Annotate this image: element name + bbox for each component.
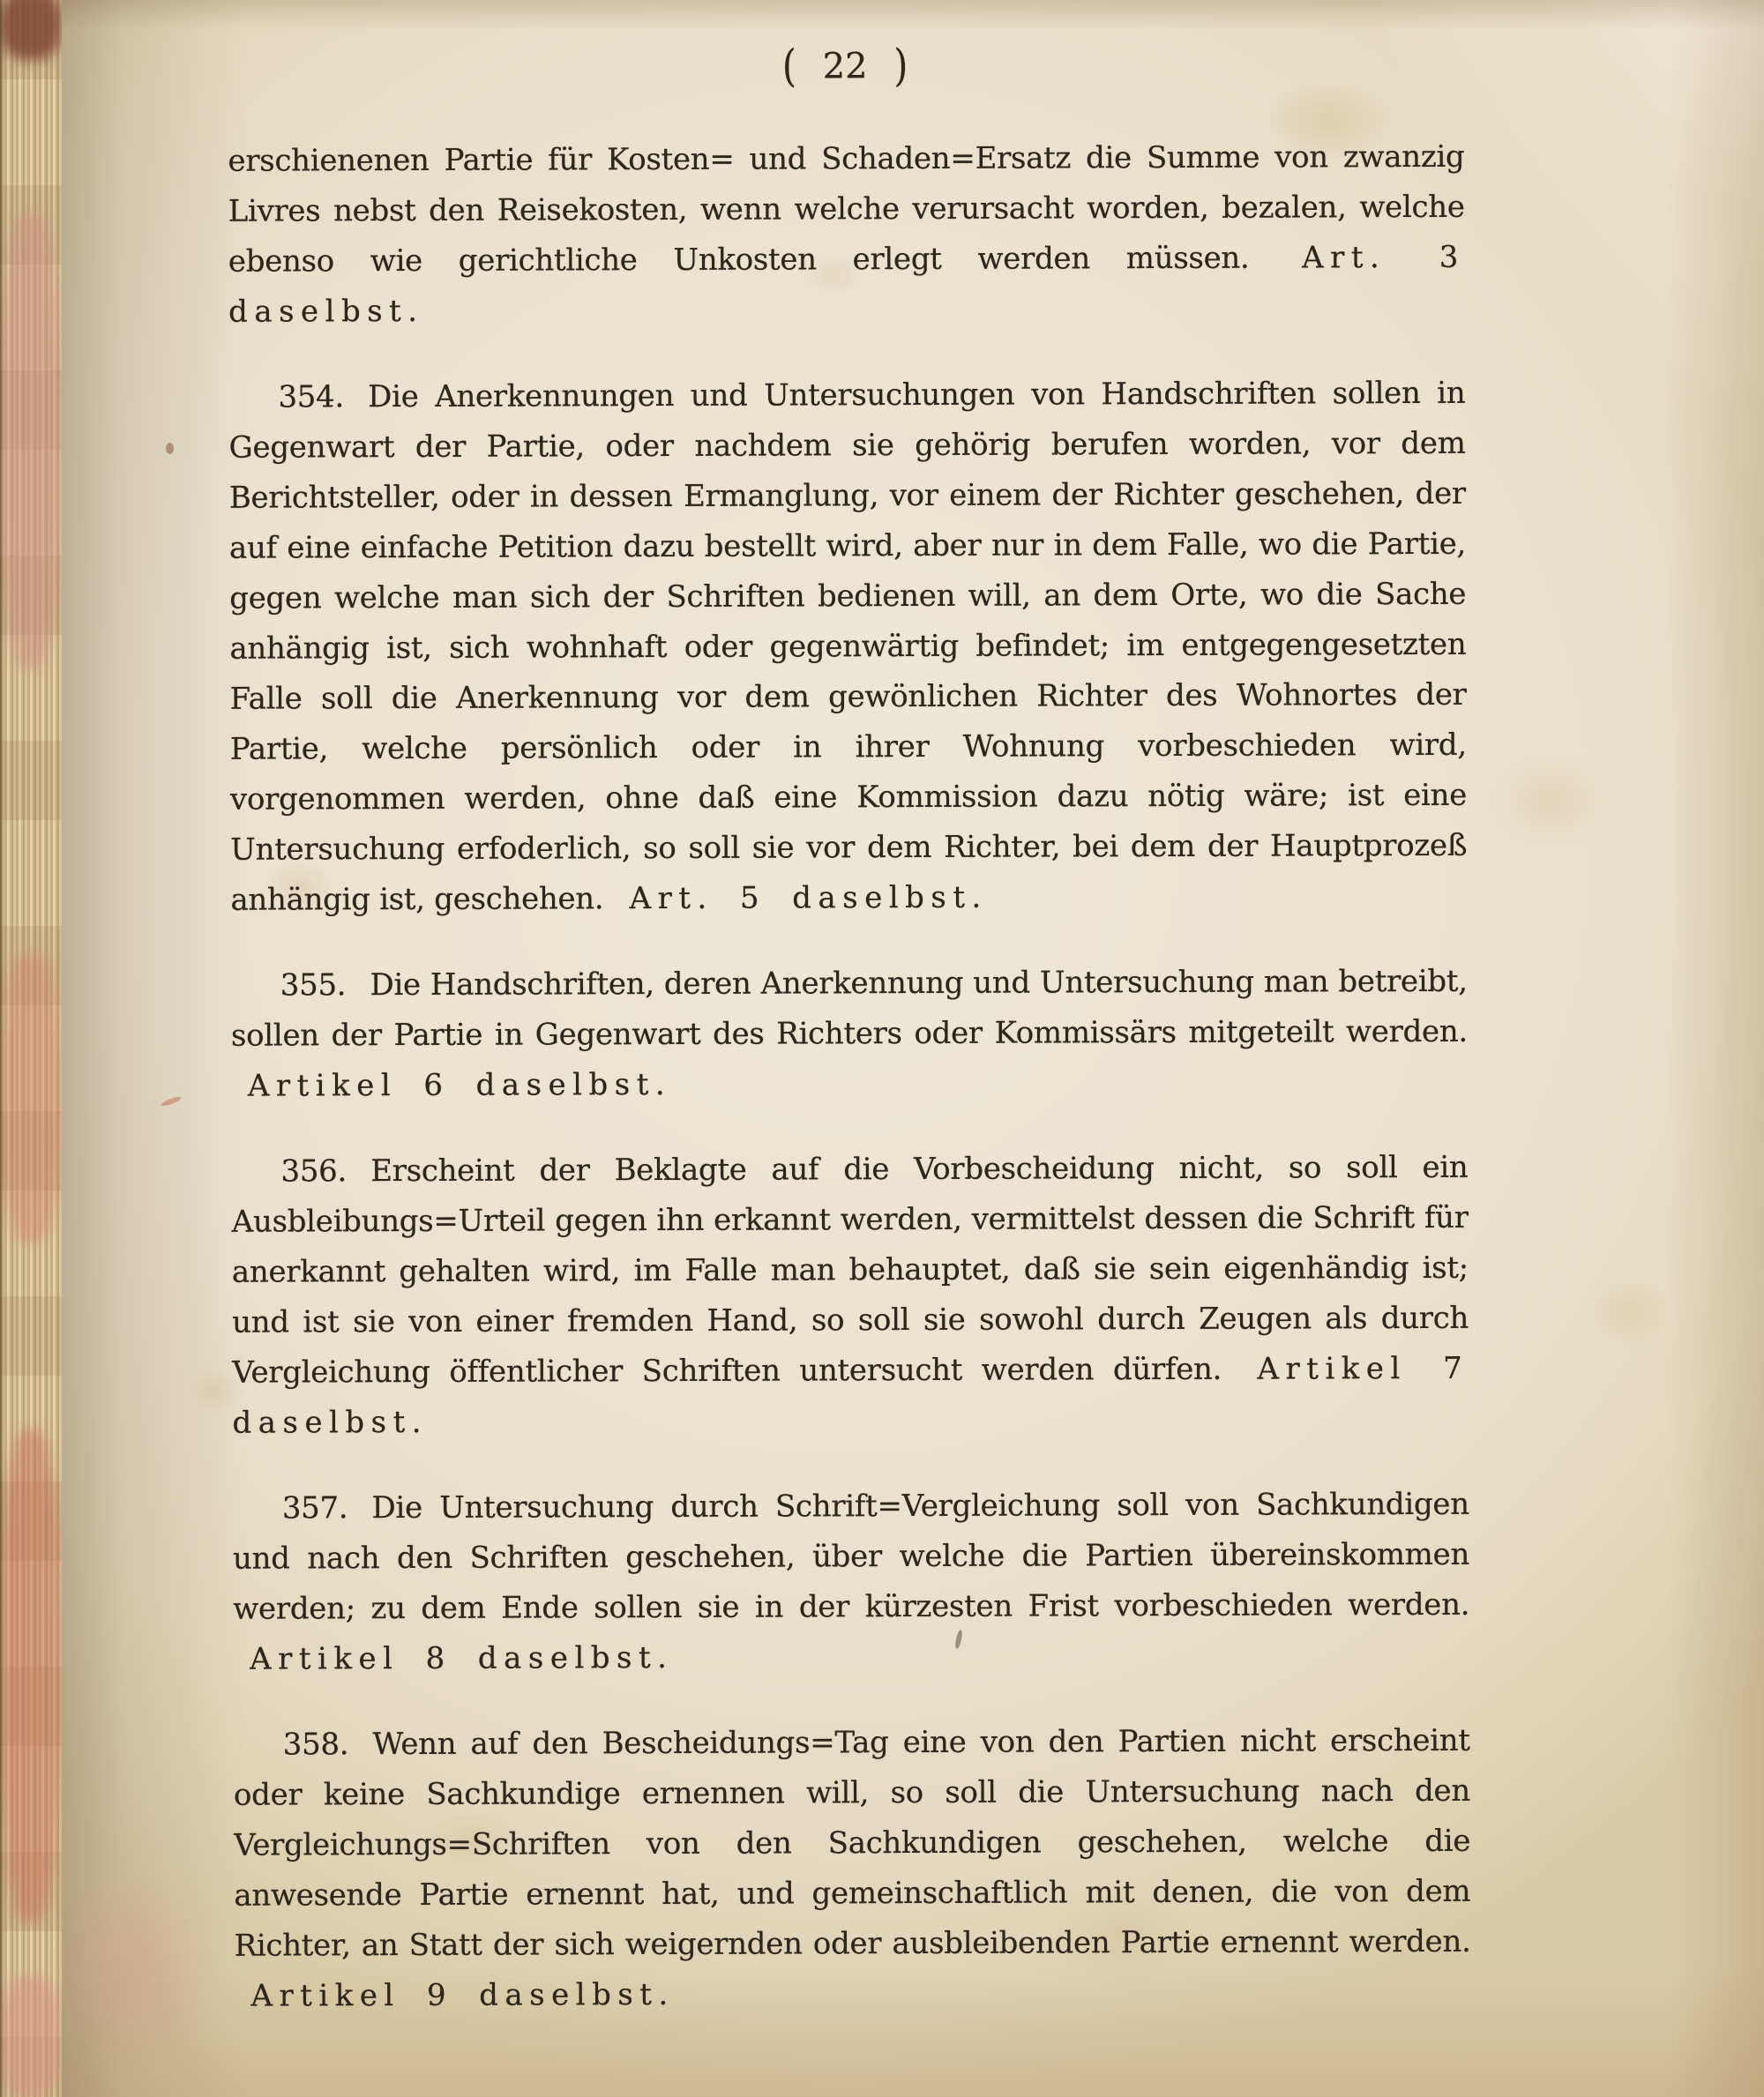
paragraph-body: Die Untersuchung durch Schrift=Vergleich… xyxy=(233,1487,1469,1627)
paragraph-number: 355. xyxy=(280,967,347,1003)
paragraph-number: 357. xyxy=(282,1490,348,1526)
paragraph-body: Wenn auf den Bescheidungs=Tag eine von d… xyxy=(234,1723,1471,1964)
paragraph-body: Die Handschriften, deren Anerkennung und… xyxy=(231,964,1468,1054)
paragraph: 358.Wenn auf den Bescheidungs=Tag eine v… xyxy=(234,1716,1471,2022)
page-number: 22 xyxy=(823,46,868,86)
paragraph-citation: Artikel 9 daselbst. xyxy=(250,1977,674,2014)
page: (22) erschienenen Partie für Kosten= und… xyxy=(62,0,1764,2097)
page-header: (22) xyxy=(228,44,1462,89)
paragraph: 354.Die Anerkennungen und Untersuchungen… xyxy=(228,369,1467,926)
scan-edge-line xyxy=(0,0,4,2097)
close-paren: ) xyxy=(867,41,934,92)
paragraph: erschienenen Partie für Kosten= und Scha… xyxy=(228,132,1465,338)
paragraph-number: 356. xyxy=(280,1153,347,1189)
open-paren: ( xyxy=(756,41,823,93)
paragraph-citation: Artikel 8 daselbst. xyxy=(250,1640,673,1677)
paragraph: 357.Die Untersuchung durch Schrift=Vergl… xyxy=(233,1480,1470,1685)
book-page-scan: (22) erschienenen Partie für Kosten= und… xyxy=(0,0,1764,2097)
book-binding-edge xyxy=(0,0,62,2097)
marble-patch xyxy=(0,1429,62,1922)
marble-patch xyxy=(0,1975,62,2097)
text-block: erschienenen Partie für Kosten= und Scha… xyxy=(228,132,1470,2022)
marble-patch xyxy=(0,212,62,670)
paragraph-number: 354. xyxy=(278,379,344,414)
paragraph-number: 358. xyxy=(283,1727,349,1762)
paragraph-citation: Artikel 6 daselbst. xyxy=(248,1067,671,1104)
paragraph-citation: Art. 5 daselbst. xyxy=(630,880,988,916)
printed-content: (22) erschienenen Partie für Kosten= und… xyxy=(58,0,1764,2097)
marble-patch xyxy=(0,952,62,1243)
paragraph: 355.Die Handschriften, deren Anerkennung… xyxy=(231,957,1469,1112)
marble-patch xyxy=(0,0,62,60)
paragraph-body: erschienenen Partie für Kosten= und Scha… xyxy=(228,139,1464,280)
paragraph-body: Die Anerkennungen und Untersuchungen von… xyxy=(229,376,1468,918)
paragraph: 356.Erscheint der Beklagte auf die Vorbe… xyxy=(231,1143,1469,1449)
